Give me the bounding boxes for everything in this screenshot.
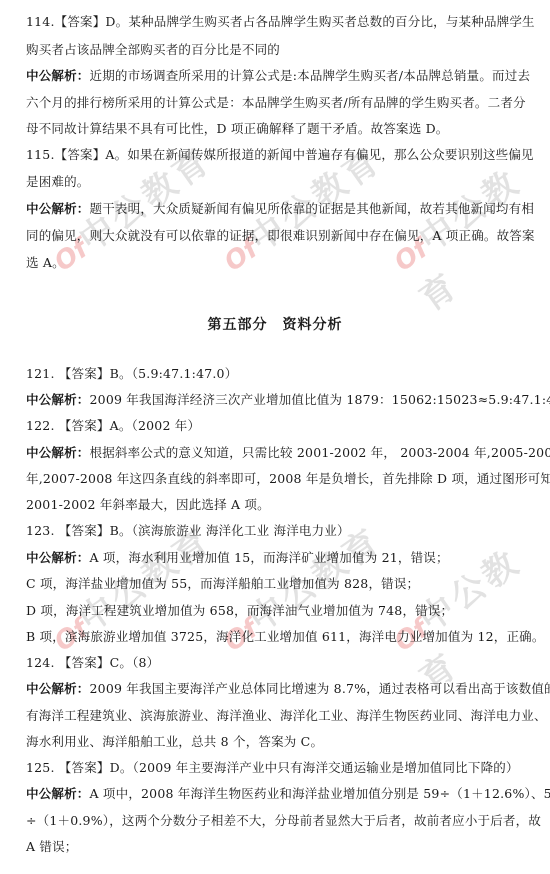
line-text: 是困难的。 [26, 174, 90, 189]
text-line: C 项，海洋盐业增加值为 55，而海洋船舶工业增加值为 828，错误； [26, 576, 526, 592]
text-line: 海水利用业、海洋船舶工业，总共 8 个，答案为 C。 [26, 734, 526, 750]
line-text: 六个月的排行榜所采用的计算公式是：本品牌学生购买者/所有品牌的学生购买者。二者分 [26, 95, 526, 110]
text-line: 2001-2002 年斜率最大，因此选择 A 项。 [26, 497, 526, 513]
text-line: 122. 【答案】A。（2002 年） [26, 418, 526, 434]
text-line: 选 A。 [26, 255, 526, 271]
line-text: 购买者占该品牌全部购买者的百分比是不同的 [26, 42, 280, 57]
line-text: 121. 【答案】B。（5.9:47.1:47.0） [26, 366, 237, 381]
text-line: 123. 【答案】B。（滨海旅游业 海洋化工业 海洋电力业） [26, 523, 526, 539]
text-line: ÷（1＋0.9%），这两个分数分子相差不大，分母前者显然大于后者，故前者应小于后… [26, 813, 526, 829]
document-page: Of中公教育 Of中公教育 Of中公教育 Of中公教育 Of中公教育 Of中公教… [0, 0, 550, 874]
line-text: 海水利用业、海洋船舶工业，总共 8 个，答案为 C。 [26, 734, 323, 749]
text-line: 有海洋工程建筑业、滨海旅游业、海洋渔业、海洋化工业、海洋生物医药业同、海洋电力业… [26, 708, 526, 724]
analysis-label: 中公解析： [26, 201, 90, 216]
line-text: ÷（1＋0.9%），这两个分数分子相差不大，分母前者显然大于后者，故前者应小于后… [26, 813, 541, 828]
text-line: D 项，海洋工程建筑业增加值为 658，而海洋油气业增加值为 748，错误； [26, 603, 526, 619]
line-text: A 项，海水利用业增加值 15，而海洋矿业增加值为 21，错误； [90, 550, 449, 565]
line-text: 同的偏见，则大众就没有可以依靠的证据，即很难识别新闻中存在偏见，A 项正确。故答… [26, 228, 535, 243]
line-text: 125. 【答案】D。（2009 年主要海洋产业中只有海洋交通运输业是增加值同比… [26, 760, 519, 775]
line-text: 选 A。 [26, 255, 65, 270]
text-line: B 项，滨海旅游业增加值 3725，海洋化工业增加值 611，海洋电力业增加值为… [26, 629, 526, 645]
text-line: 中公解析：题干表明，大众质疑新闻有偏见所依靠的证据是其他新闻，故若其他新闻均有相 [26, 201, 526, 217]
text-line: 中公解析：A 项中，2008 年海洋生物医药业和海洋盐业增加值分别是 59÷（1… [26, 786, 526, 802]
line-text: 123. 【答案】B。（滨海旅游业 海洋化工业 海洋电力业） [26, 523, 350, 538]
text-line: 是困难的。 [26, 174, 526, 190]
line-text: 124. 【答案】C。（8） [26, 655, 159, 670]
text-line: 母不同故计算结果不具有可比性，D 项正确解释了题干矛盾。故答案选 D。 [26, 121, 526, 137]
section-title: 第五部分 资料分析 [0, 314, 550, 334]
line-text: 122. 【答案】A。（2002 年） [26, 418, 200, 433]
line-text: C 项，海洋盐业增加值为 55，而海洋船舶工业增加值为 828，错误； [26, 576, 419, 591]
analysis-label: 中公解析： [26, 550, 90, 565]
line-text: 115.【答案】A。如果在新闻传媒所报道的新闻中普遍存有偏见，那么公众要识别这些… [26, 147, 534, 162]
text-line: 121. 【答案】B。（5.9:47.1:47.0） [26, 366, 526, 382]
line-text: 母不同故计算结果不具有可比性，D 项正确解释了题干矛盾。故答案选 D。 [26, 121, 449, 136]
text-line: 125. 【答案】D。（2009 年主要海洋产业中只有海洋交通运输业是增加值同比… [26, 760, 526, 776]
line-text: 2009 年我国主要海洋产业总体同比增速为 8.7%，通过表格可以看出高于该数值… [90, 681, 550, 696]
analysis-label: 中公解析： [26, 392, 90, 407]
line-text: 题干表明，大众质疑新闻有偏见所依靠的证据是其他新闻，故若其他新闻均有相 [90, 201, 535, 216]
analysis-label: 中公解析： [26, 68, 90, 83]
line-text: B 项，滨海旅游业增加值 3725，海洋化工业增加值 611，海洋电力业增加值为… [26, 629, 545, 644]
text-line: 114.【答案】D。某种品牌学生购买者占各品牌学生购买者总数的百分比，与某种品牌… [26, 14, 526, 30]
text-line: 中公解析：2009 年我国主要海洋产业总体同比增速为 8.7%，通过表格可以看出… [26, 681, 526, 697]
line-text: 根据斜率公式的意义知道，只需比较 2001-2002 年， 2003-2004 … [90, 445, 550, 460]
text-line: 六个月的排行榜所采用的计算公式是：本品牌学生购买者/所有品牌的学生购买者。二者分 [26, 95, 526, 111]
text-line: 中公解析：根据斜率公式的意义知道，只需比较 2001-2002 年， 2003-… [26, 445, 526, 461]
line-text: D 项，海洋工程建筑业增加值为 658，而海洋油气业增加值为 748，错误； [26, 603, 453, 618]
text-line: 同的偏见，则大众就没有可以依靠的证据，即很难识别新闻中存在偏见，A 项正确。故答… [26, 228, 526, 244]
analysis-label: 中公解析： [26, 681, 90, 696]
line-text: 有海洋工程建筑业、滨海旅游业、海洋渔业、海洋化工业、海洋生物医药业同、海洋电力业… [26, 708, 547, 723]
line-text: 2009 年我国海洋经济三次产业增加值比值为 1879：15062:15023≈… [90, 392, 550, 407]
text-line: 124. 【答案】C。（8） [26, 655, 526, 671]
text-line: 中公解析：2009 年我国海洋经济三次产业增加值比值为 1879：15062:1… [26, 392, 526, 408]
text-line: A 错误； [26, 839, 526, 855]
line-text: 114.【答案】D。某种品牌学生购买者占各品牌学生购买者总数的百分比，与某种品牌… [26, 14, 535, 29]
line-text: A 项中，2008 年海洋生物医药业和海洋盐业增加值分别是 59÷（1＋12.6… [90, 786, 550, 801]
text-line: 中公解析：A 项，海水利用业增加值 15，而海洋矿业增加值为 21，错误； [26, 550, 526, 566]
analysis-label: 中公解析： [26, 445, 90, 460]
text-line: 中公解析：近期的市场调查所采用的计算公式是:本品牌学生购买者/本品牌总销量。而过… [26, 68, 526, 84]
analysis-label: 中公解析： [26, 786, 90, 801]
line-text: 2001-2002 年斜率最大，因此选择 A 项。 [26, 497, 270, 512]
line-text: A 错误； [26, 839, 78, 854]
text-line: 115.【答案】A。如果在新闻传媒所报道的新闻中普遍存有偏见，那么公众要识别这些… [26, 147, 526, 163]
text-line: 购买者占该品牌全部购买者的百分比是不同的 [26, 42, 526, 58]
line-text: 年,2007-2008 年这四条直线的斜率即可，2008 年是负增长，首先排除 … [26, 471, 550, 486]
text-line: 年,2007-2008 年这四条直线的斜率即可，2008 年是负增长，首先排除 … [26, 471, 526, 487]
line-text: 近期的市场调查所采用的计算公式是:本品牌学生购买者/本品牌总销量。而过去 [90, 68, 531, 83]
